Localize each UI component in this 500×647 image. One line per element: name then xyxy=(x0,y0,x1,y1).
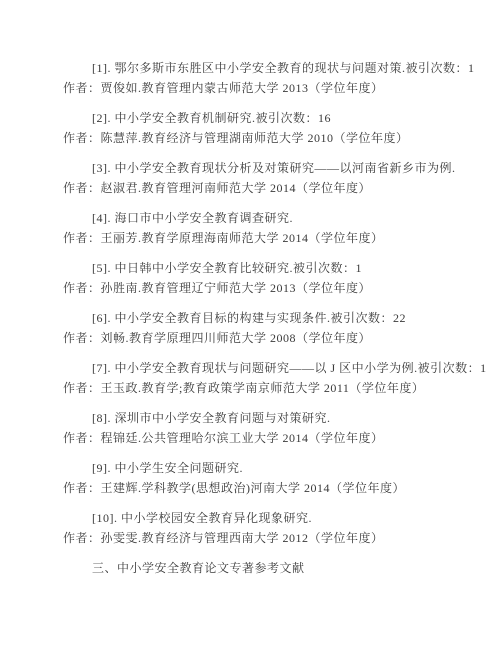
reference-title: [10]. 中小学校园安全教育异化现象研究. xyxy=(63,508,484,528)
reference-title: [5]. 中日韩中小学安全教育比较研究.被引次数：1 xyxy=(63,258,484,278)
reference-item-6: [6]. 中小学安全教育目标的构建与实现条件.被引次数：22 作者：刘畅.教育学… xyxy=(63,308,484,348)
reference-author: 作者：王玉政.教育学;教育政策学南京师范大学 2011（学位年度） xyxy=(63,378,484,398)
reference-item-7: [7]. 中小学安全教育现状与问题研究——以 J 区中小学为例.被引次数：1 作… xyxy=(63,358,484,398)
reference-author: 作者：王丽芳.教育学原理海南师范大学 2014（学位年度） xyxy=(63,228,484,248)
reference-title: [1]. 鄂尔多斯市东胜区中小学安全教育的现状与问题对策.被引次数：1 xyxy=(63,58,484,78)
reference-item-3: [3]. 中小学安全教育现状分析及对策研究——以河南省新乡市为例. 作者：赵淑君… xyxy=(63,158,484,198)
reference-author: 作者：王建辉.学科教学(思想政治)河南大学 2014（学位年度） xyxy=(63,478,484,498)
document-page: [1]. 鄂尔多斯市东胜区中小学安全教育的现状与问题对策.被引次数：1 作者：贾… xyxy=(0,0,500,647)
reference-title: [4]. 海口市中小学安全教育调查研究. xyxy=(63,208,484,228)
section-heading: 三、中小学安全教育论文专著参考文献 xyxy=(63,558,484,578)
reference-item-9: [9]. 中小学生安全问题研究. 作者：王建辉.学科教学(思想政治)河南大学 2… xyxy=(63,458,484,498)
reference-item-10: [10]. 中小学校园安全教育异化现象研究. 作者：孙雯雯.教育经济与管理西南大… xyxy=(63,508,484,548)
reference-author: 作者：程锦廷.公共管理哈尔滨工业大学 2014（学位年度） xyxy=(63,428,484,448)
reference-title: [7]. 中小学安全教育现状与问题研究——以 J 区中小学为例.被引次数：1 xyxy=(63,358,484,378)
reference-author: 作者：陈慧萍.教育经济与管理湖南师范大学 2010（学位年度） xyxy=(63,128,484,148)
reference-author: 作者：刘畅.教育学原理四川师范大学 2008（学位年度） xyxy=(63,328,484,348)
reference-item-8: [8]. 深圳市中小学安全教育问题与对策研究. 作者：程锦廷.公共管理哈尔滨工业… xyxy=(63,408,484,448)
reference-author: 作者：赵淑君.教育管理河南师范大学 2014（学位年度） xyxy=(63,178,484,198)
reference-title: [2]. 中小学安全教育机制研究.被引次数：16 xyxy=(63,108,484,128)
reference-title: [8]. 深圳市中小学安全教育问题与对策研究. xyxy=(63,408,484,428)
reference-item-4: [4]. 海口市中小学安全教育调查研究. 作者：王丽芳.教育学原理海南师范大学 … xyxy=(63,208,484,248)
reference-item-1: [1]. 鄂尔多斯市东胜区中小学安全教育的现状与问题对策.被引次数：1 作者：贾… xyxy=(63,58,484,98)
reference-item-2: [2]. 中小学安全教育机制研究.被引次数：16 作者：陈慧萍.教育经济与管理湖… xyxy=(63,108,484,148)
reference-title: [3]. 中小学安全教育现状分析及对策研究——以河南省新乡市为例. xyxy=(63,158,484,178)
reference-author: 作者：孙胜南.教育管理辽宁师范大学 2013（学位年度） xyxy=(63,278,484,298)
reference-author: 作者：孙雯雯.教育经济与管理西南大学 2012（学位年度） xyxy=(63,528,484,548)
reference-title: [9]. 中小学生安全问题研究. xyxy=(63,458,484,478)
reference-author: 作者：贾俊如.教育管理内蒙古师范大学 2013（学位年度） xyxy=(63,78,484,98)
reference-title: [6]. 中小学安全教育目标的构建与实现条件.被引次数：22 xyxy=(63,308,484,328)
reference-item-5: [5]. 中日韩中小学安全教育比较研究.被引次数：1 作者：孙胜南.教育管理辽宁… xyxy=(63,258,484,298)
